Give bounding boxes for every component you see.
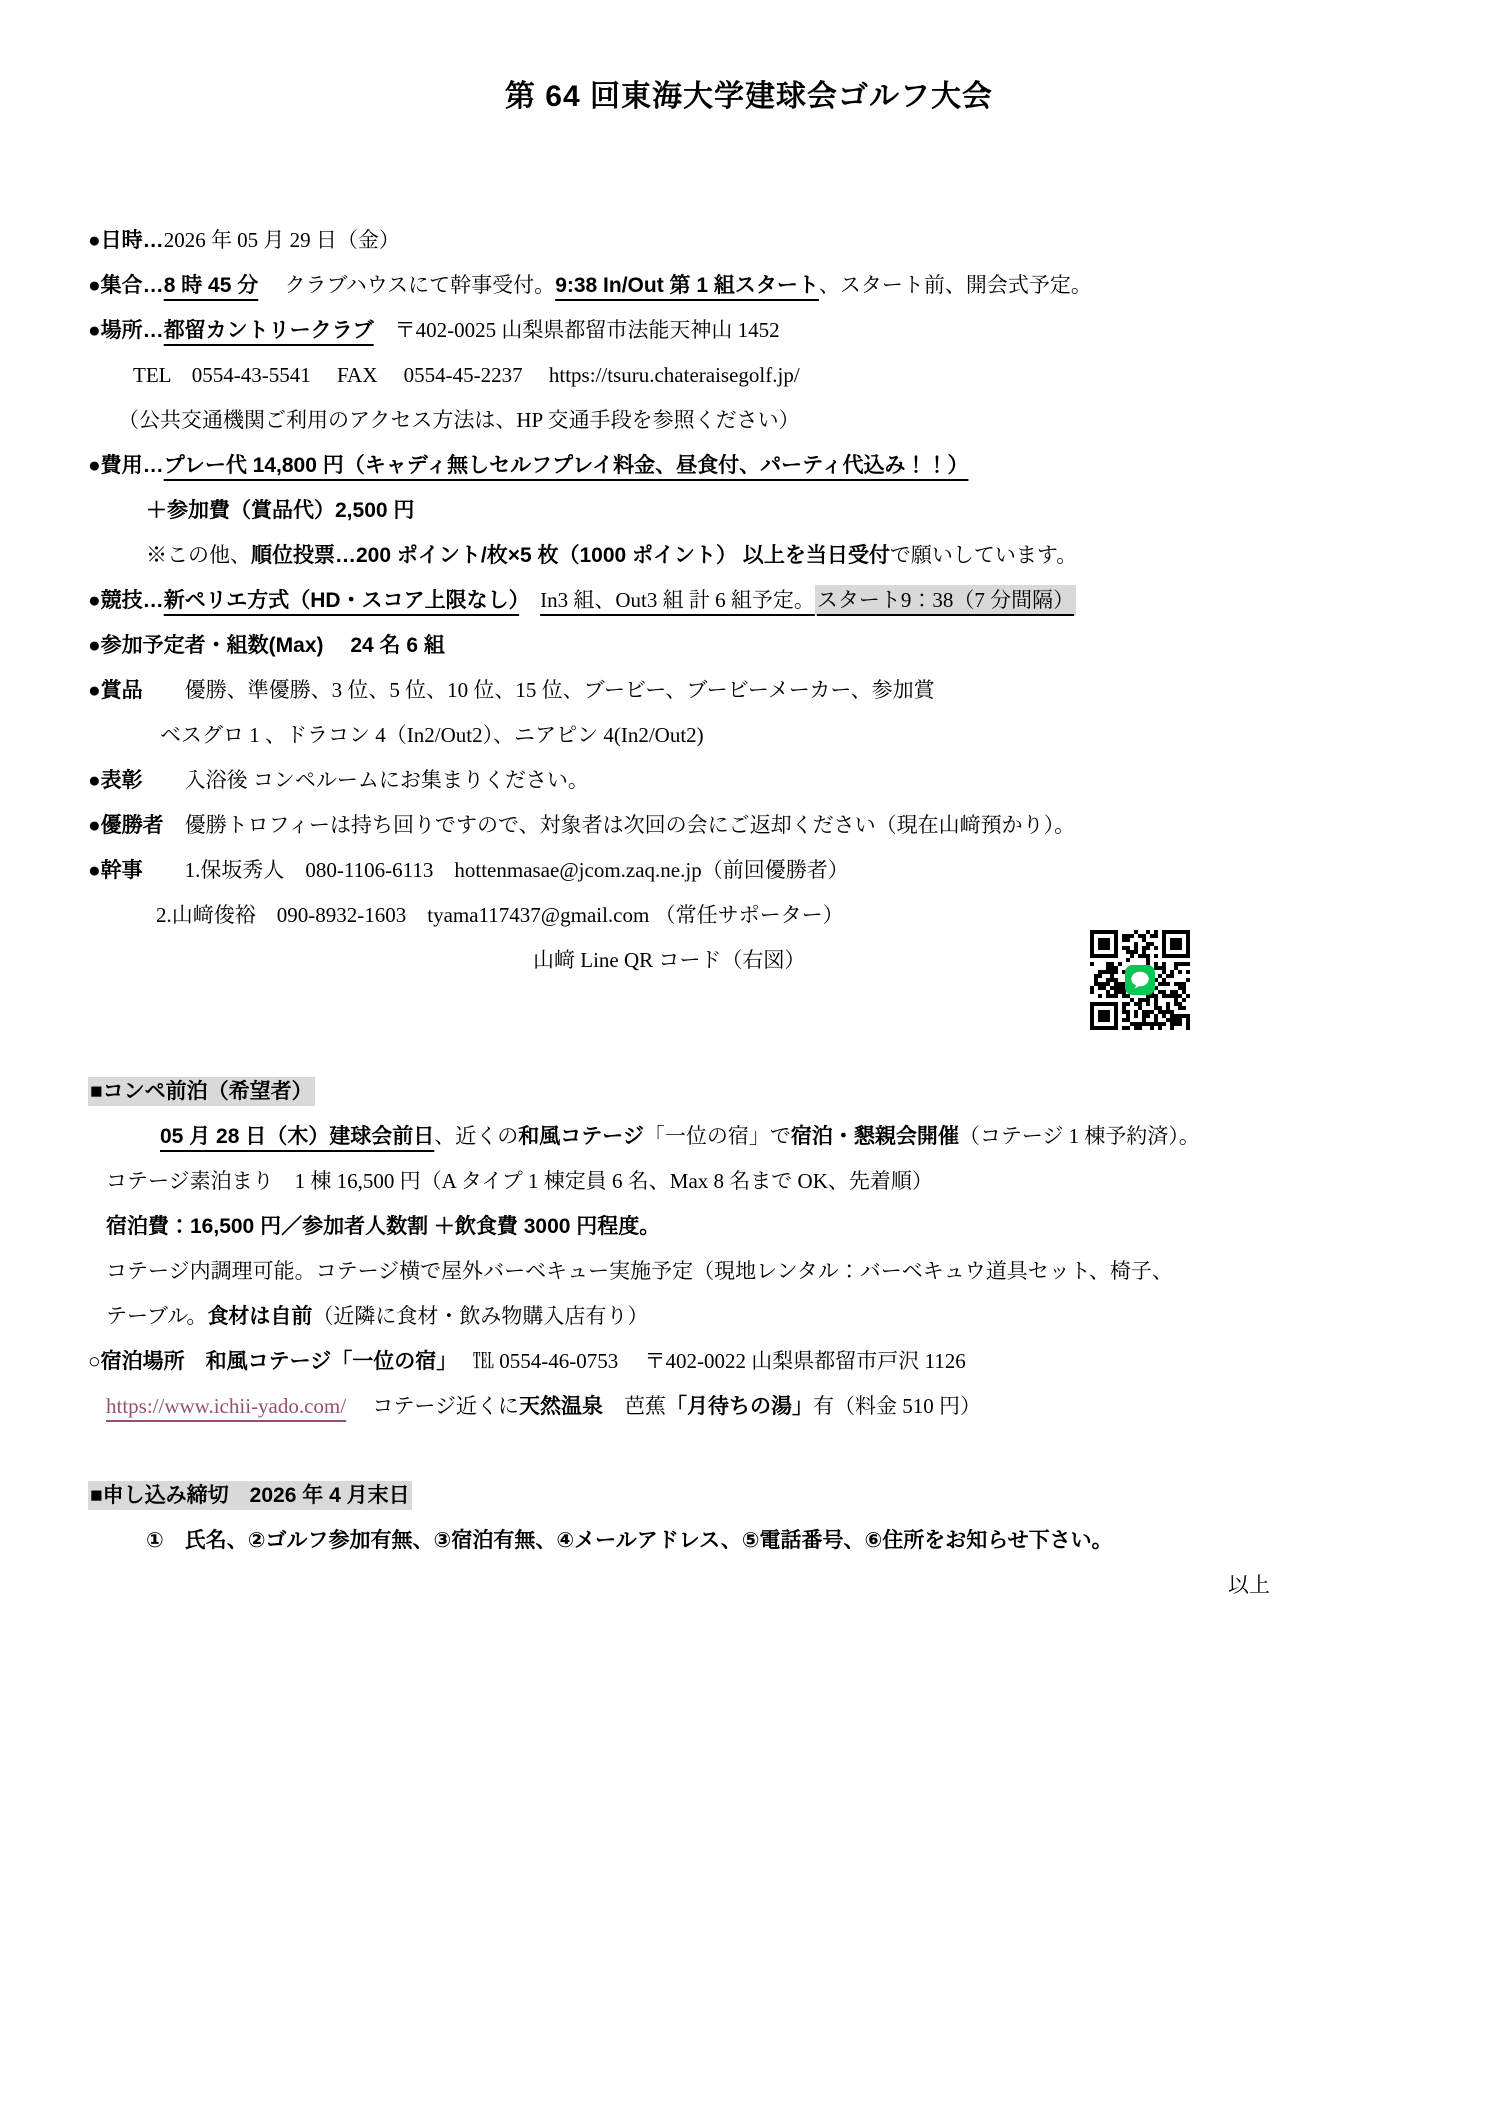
text-run: ■コンペ前泊（希望者） <box>88 1077 315 1106</box>
text-run: 2.山﨑俊裕 090-8932-1603 tyama117437@gmail.c… <box>156 903 844 927</box>
text-run: 以上 <box>1228 1573 1270 1597</box>
text-run: （コテージ 1 棟予約済）。 <box>959 1124 1200 1148</box>
text-run: 都留カントリークラブ <box>164 319 374 342</box>
document-body: ●日時…2026 年 05 月 29 日（金）●集合…8 時 45 分 クラブハ… <box>88 218 1410 1608</box>
line-lodging-url: https://www.ichii-yado.com/ コテージ近くに天然温泉 … <box>88 1384 1410 1429</box>
text-run: 山﨑 Line QR コード（右図） <box>533 948 805 972</box>
text-run: ●費用… <box>88 454 164 477</box>
lodging-url-link[interactable]: https://www.ichii-yado.com/ <box>106 1394 346 1418</box>
text-run: テーブル。 <box>106 1304 207 1328</box>
line-place: ●場所…都留カントリークラブ 〒402-0025 山梨県都留市法能天神山 145… <box>88 308 1410 353</box>
text-run: 優勝、準優勝、3 位、5 位、10 位、15 位、ブービー、ブービーメーカー、参… <box>143 678 935 702</box>
text-run: ○宿泊場所 和風コテージ「一位の宿」 <box>88 1350 447 1373</box>
line-qr-caption: 山﨑 Line QR コード（右図） <box>88 938 1410 983</box>
text-run: コテージ素泊まり 1 棟 16,500 円（A タイプ 1 棟定員 6 名、Ma… <box>106 1169 933 1193</box>
text-run: 2026 年 05 月 29 日（金） <box>164 228 400 252</box>
text-run: 9:38 In/Out 第 1 組スタート <box>555 274 819 297</box>
text-run: ●表彰 <box>88 769 143 792</box>
text-run: ●幹事 <box>88 859 143 882</box>
text-run: クラブハウスにて幹事受付。 <box>258 273 555 297</box>
text-run: ●優勝者 <box>88 814 164 837</box>
line-trophy: ●優勝者 優勝トロフィーは持ち回りですので、対象者は次回の会にご返却ください（現… <box>88 803 1410 848</box>
line-prizes-2: ベスグロ 1 、ドラコン 4（In2/Out2）、ニアピン 4(In2/Out2… <box>88 713 1410 758</box>
text-run: 天然温泉 <box>519 1395 603 1418</box>
line-closing: 以上 <box>88 1563 1410 1608</box>
text-run: コテージ近くに <box>346 1394 519 1418</box>
text-run: 有（料金 510 円） <box>813 1394 981 1418</box>
line-cottage-price: コテージ素泊まり 1 棟 16,500 円（A タイプ 1 棟定員 6 名、Ma… <box>88 1159 1410 1204</box>
text-run: In3 組、Out3 組 計 6 組予定。 <box>540 588 815 612</box>
line-manager-2: 2.山﨑俊裕 090-8932-1603 tyama117437@gmail.c… <box>88 893 1410 938</box>
text-run: ●賞品 <box>88 679 143 702</box>
text-run: ＋参加費（賞品代）2,500 円 <box>146 499 414 522</box>
line-manager-1: ●幹事 1.保坂秀人 080-1106-6113 hottenmasae@jco… <box>88 848 1410 893</box>
line-bbq-1: コテージ内調理可能。コテージ横で屋外バーベキュー実施予定（現地レンタル：バーベキ… <box>88 1249 1410 1294</box>
line-lodging: ○宿泊場所 和風コテージ「一位の宿」 ℡ 0554-46-0753 〒402-0… <box>88 1339 1410 1384</box>
line-prestay-date: 05 月 28 日（木）建球会前日、近くの和風コテージ「一位の宿」で宿泊・懇親会… <box>88 1114 1410 1159</box>
text-run: TEL 0554-43-5541 FAX 0554-45-2237 https:… <box>133 363 800 387</box>
line-qr-code <box>1086 926 1194 1034</box>
text-run: コテージ内調理可能。コテージ横で屋外バーベキュー実施予定（現地レンタル：バーベキ… <box>106 1259 1173 1283</box>
text-run: ●場所… <box>88 319 164 342</box>
line-datetime: ●日時…2026 年 05 月 29 日（金） <box>88 218 1410 263</box>
text-run: 宿泊費：16,500 円／参加者人数割 ＋飲食費 3000 円程度。 <box>106 1215 660 1238</box>
line-vote-note: ※この他、順位投票…200 ポイント/枚×5 枚（1000 ポイント） 以上を当… <box>88 533 1410 578</box>
text-run <box>519 588 540 612</box>
line-bbq-2: テーブル。食材は自前（近隣に食材・飲み物購入店有り） <box>88 1294 1410 1339</box>
text-run: 24 名 6 組 <box>324 634 445 657</box>
text-run: ●参加予定者・組数(Max) <box>88 634 324 657</box>
text-run: 優勝トロフィーは持ち回りですので、対象者は次回の会にご返却ください（現在山﨑預か… <box>164 813 1075 837</box>
text-run: スタート9：38（7 分間隔） <box>815 585 1076 615</box>
page-title: 第 64 回東海大学建球会ゴルフ大会 <box>88 78 1410 116</box>
text-run: 新ペリエ方式（HD・スコア上限なし） <box>164 589 519 612</box>
text-run: （近隣に食材・飲み物購入店有り） <box>312 1304 648 1328</box>
text-run: ベスグロ 1 、ドラコン 4（In2/Out2）、ニアピン 4(In2/Out2… <box>160 723 704 747</box>
text-run: 芭蕉 <box>603 1394 666 1418</box>
text-run: 食材は自前 <box>207 1305 312 1328</box>
text-run: （公共交通機関ご利用のアクセス方法は、HP 交通手段を参照ください） <box>118 408 800 432</box>
text-run: 8 時 45 分 <box>164 274 259 297</box>
line-competition: ●競技…新ペリエ方式（HD・スコア上限なし） In3 組、Out3 組 計 6 … <box>88 578 1410 623</box>
text-run: 「一位の宿」で <box>644 1124 791 1148</box>
text-run: ●競技… <box>88 589 164 612</box>
text-run: 和風コテージ <box>518 1125 644 1148</box>
text-run: プレー代 14,800 円（キャディ無しセルフプレイ料金、昼食付、パーティ代込み… <box>164 454 969 477</box>
header-pre-stay: ■コンペ前泊（希望者） <box>88 1069 1410 1114</box>
line-entry-fee: ＋参加費（賞品代）2,500 円 <box>88 488 1410 533</box>
text-run: ■申し込み締切 2026 年 4 月末日 <box>88 1481 412 1510</box>
text-run: ℡ 0554-46-0753 〒402-0022 山梨県都留市戸沢 1126 <box>447 1349 966 1373</box>
text-run: 〒402-0025 山梨県都留市法能天神山 1452 <box>374 318 780 342</box>
text-run: 宿泊・懇親会開催 <box>791 1125 959 1148</box>
text-run: ●日時… <box>88 229 164 252</box>
line-apply-items: ① 氏名、②ゴルフ参加有無、③宿泊有無、④メールアドレス、⑤電話番号、⑥住所をお… <box>88 1518 1410 1563</box>
line-fee: ●費用…プレー代 14,800 円（キャディ無しセルフプレイ料金、昼食付、パーテ… <box>88 443 1410 488</box>
line-tel-fax: TEL 0554-43-5541 FAX 0554-45-2237 https:… <box>88 353 1410 398</box>
line-access-note: （公共交通機関ご利用のアクセス方法は、HP 交通手段を参照ください） <box>88 398 1410 443</box>
text-run: 入浴後 コンペルームにお集まりください。 <box>143 768 589 792</box>
line-icon <box>1125 965 1155 995</box>
line-meeting: ●集合…8 時 45 分 クラブハウスにて幹事受付。9:38 In/Out 第 … <box>88 263 1410 308</box>
text-run: ※この他、 <box>146 543 251 567</box>
header-deadline: ■申し込み締切 2026 年 4 月末日 <box>88 1473 1410 1518</box>
line-ceremony: ●表彰 入浴後 コンペルームにお集まりください。 <box>88 758 1410 803</box>
text-run: 05 月 28 日（木）建球会前日 <box>160 1125 434 1148</box>
document-content: 第 64 回東海大学建球会ゴルフ大会 ●日時…2026 年 05 月 29 日（… <box>0 0 1500 1608</box>
document-page: 第 64 回東海大学建球会ゴルフ大会 ●日時…2026 年 05 月 29 日（… <box>0 0 1500 2122</box>
text-run: 、近くの <box>434 1124 518 1148</box>
line-stay-fee: 宿泊費：16,500 円／参加者人数割 ＋飲食費 3000 円程度。 <box>88 1204 1410 1249</box>
text-run: ●集合… <box>88 274 164 297</box>
text-run: ① 氏名、②ゴルフ参加有無、③宿泊有無、④メールアドレス、⑤電話番号、⑥住所をお… <box>146 1529 1113 1552</box>
text-run: 1.保坂秀人 080-1106-6113 hottenmasae@jcom.za… <box>143 858 849 882</box>
text-run: で願いしています。 <box>890 543 1077 567</box>
text-run: 、スタート前、開会式予定。 <box>819 273 1092 297</box>
text-run: 「月待ちの湯」 <box>666 1395 813 1418</box>
line-prizes: ●賞品 優勝、準優勝、3 位、5 位、10 位、15 位、ブービー、ブービーメー… <box>88 668 1410 713</box>
line-participants: ●参加予定者・組数(Max) 24 名 6 組 <box>88 623 1410 668</box>
text-run: 順位投票…200 ポイント/枚×5 枚（1000 ポイント） 以上を当日受付 <box>251 544 890 567</box>
